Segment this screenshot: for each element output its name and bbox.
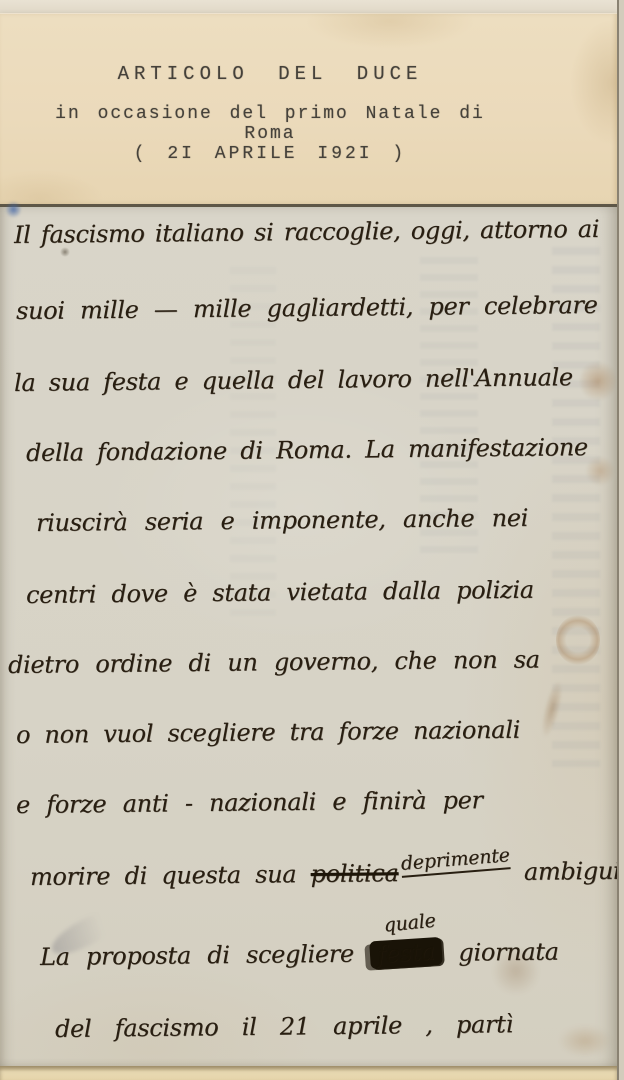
- document-scan: ARTICOLO DEL DUCE in occasione del primo…: [0, 0, 624, 1080]
- foxing-stain: [537, 678, 567, 740]
- ink-blot-word: festa: [369, 937, 442, 969]
- foxing-stain: [558, 1025, 612, 1057]
- line-text: ambiguità . .: [524, 856, 624, 886]
- label-date: ( 2I APRILE I92I ): [30, 144, 510, 164]
- show-through-ghost: [552, 247, 600, 767]
- correction: politicadeprimente: [311, 858, 510, 890]
- foxing-stain: [580, 359, 616, 403]
- handwritten-line: morire di questa sua politicadeprimente …: [30, 856, 624, 893]
- inserted-word: deprimente: [400, 844, 511, 878]
- handwritten-line: centri dove è stata vietata dalla polizi…: [26, 576, 534, 609]
- line-text: La proposta di scegliere: [40, 940, 354, 971]
- handwritten-line: la sua festa e quella del lavoro nell'An…: [14, 363, 573, 397]
- foxing-stain: [586, 455, 614, 487]
- foxing-stain: [556, 615, 600, 665]
- handwritten-line: della fondazione di Roma. La manifestazi…: [26, 433, 588, 467]
- handwritten-line: Il fascismo italiano si raccoglie, oggi,…: [14, 215, 599, 249]
- line-text: giornata: [458, 938, 559, 967]
- inserted-word: quale: [383, 910, 437, 937]
- handwritten-line: riuscirà seria e imponente, anche nei: [36, 504, 528, 537]
- handwritten-line: La proposta di scegliere qualefesta gior…: [40, 938, 559, 971]
- strikethrough-word: politica: [311, 859, 399, 888]
- handwritten-line: e forze anti - nazionali e finirà per: [16, 786, 483, 819]
- handwritten-line: suoi mille — mille gagliardetti, per cel…: [16, 291, 598, 325]
- handwritten-line: dietro ordine di un governo, che non sa: [8, 645, 540, 679]
- handwritten-line: o non vuol scegliere tra forze nazionali: [16, 716, 520, 749]
- correction: qualefesta: [370, 939, 442, 968]
- label-title: ARTICOLO DEL DUCE: [30, 63, 510, 85]
- scan-background-strip: [0, 0, 624, 14]
- handwritten-line: del fascismo il 21 aprile , partì: [55, 1010, 513, 1043]
- underlying-page-strip: [0, 1066, 617, 1080]
- label-subtitle: in occasione del primo Natale di Roma: [30, 104, 510, 144]
- page-right-edge: [617, 0, 624, 1080]
- manuscript-page: Il fascismo italiano si raccoglie, oggi,…: [0, 204, 617, 1069]
- line-text: morire di questa sua: [30, 860, 297, 891]
- typed-label-slip: ARTICOLO DEL DUCE in occasione del primo…: [0, 13, 617, 204]
- blue-ink-mark: [6, 200, 21, 219]
